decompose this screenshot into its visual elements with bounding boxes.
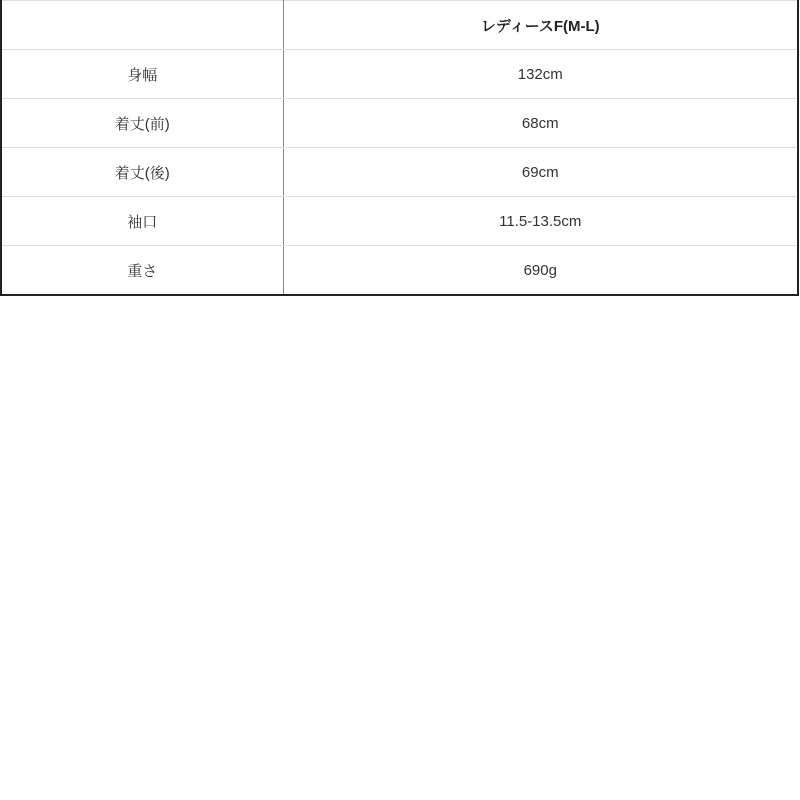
header-label-cell [1,1,283,50]
table-row: 着丈(前) 68cm [1,99,798,148]
row-value-cuff: 11.5-13.5cm [283,197,798,246]
table-row: 着丈(後) 69cm [1,148,798,197]
row-value-body-width: 132cm [283,50,798,99]
table-header-row: レディースF(M-L) [1,1,798,50]
table-row: 袖口 11.5-13.5cm [1,197,798,246]
row-label-length-back: 着丈(後) [1,148,283,197]
row-label-cuff: 袖口 [1,197,283,246]
size-table: レディースF(M-L) 身幅 132cm 着丈(前) 68cm 着丈(後) 69… [0,0,799,296]
table-row: 身幅 132cm [1,50,798,99]
row-label-body-width: 身幅 [1,50,283,99]
row-value-weight: 690g [283,246,798,296]
header-size-cell: レディースF(M-L) [283,1,798,50]
row-value-length-back: 69cm [283,148,798,197]
row-label-length-front: 着丈(前) [1,99,283,148]
row-value-length-front: 68cm [283,99,798,148]
row-label-weight: 重さ [1,246,283,296]
table-row: 重さ 690g [1,246,798,296]
